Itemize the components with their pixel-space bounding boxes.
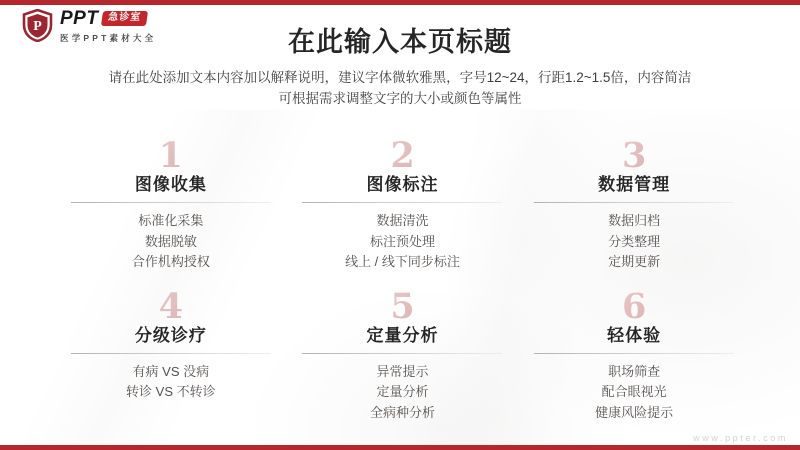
section-divider <box>534 353 734 354</box>
section-item-list: 数据归档 分类整理 定期更新 <box>518 211 750 273</box>
list-item: 合作机构授权 <box>55 252 287 273</box>
section-number: 4 <box>55 289 287 324</box>
list-item: 异常提示 <box>287 362 519 383</box>
bottom-accent-bar <box>0 445 800 450</box>
section-number: 5 <box>287 289 519 324</box>
page-subtitle: 请在此处添加文本内容加以解释说明，建议字体微软雅黑，字号12~24，行距1.2~… <box>0 68 800 110</box>
list-item: 数据脱敏 <box>55 232 287 253</box>
section-number: 6 <box>518 289 750 324</box>
subtitle-line-2: 可根据需求调整文字的大小或颜色等属性 <box>0 89 800 110</box>
section-item-list: 有病 VS 没病 转诊 VS 不转诊 <box>55 362 287 403</box>
section-number: 3 <box>518 138 750 173</box>
list-item: 转诊 VS 不转诊 <box>55 382 287 403</box>
section-light-experience: 6 轻体验 职场筛查 配合眼视光 健康风险提示 <box>518 289 750 424</box>
section-item-list: 标准化采集 数据脱敏 合作机构授权 <box>55 211 287 273</box>
sections-grid: 1 图像收集 标准化采集 数据脱敏 合作机构授权 2 图像标注 数据清洗 标注预… <box>55 138 750 423</box>
watermark: www.ppter.com <box>693 433 788 443</box>
section-quantitative-analysis: 5 定量分析 异常提示 定量分析 全病种分析 <box>287 289 519 424</box>
list-item: 分类整理 <box>518 232 750 253</box>
section-item-list: 数据清洗 标注预处理 线上 / 线下同步标注 <box>287 211 519 273</box>
section-tiered-diagnosis: 4 分级诊疗 有病 VS 没病 转诊 VS 不转诊 <box>55 289 287 424</box>
slide-header: 在此输入本页标题 请在此处添加文本内容加以解释说明，建议字体微软雅黑，字号12~… <box>0 20 800 110</box>
list-item: 定期更新 <box>518 252 750 273</box>
list-item: 标准化采集 <box>55 211 287 232</box>
section-image-annotation: 2 图像标注 数据清洗 标注预处理 线上 / 线下同步标注 <box>287 138 519 273</box>
section-number: 1 <box>55 138 287 173</box>
section-divider <box>534 202 734 203</box>
section-divider <box>71 353 271 354</box>
section-image-collection: 1 图像收集 标准化采集 数据脱敏 合作机构授权 <box>55 138 287 273</box>
list-item: 配合眼视光 <box>518 382 750 403</box>
top-accent-bar <box>0 0 800 5</box>
list-item: 职场筛查 <box>518 362 750 383</box>
list-item: 有病 VS 没病 <box>55 362 287 383</box>
section-divider <box>71 202 271 203</box>
list-item: 全病种分析 <box>287 403 519 424</box>
list-item: 线上 / 线下同步标注 <box>287 252 519 273</box>
list-item: 数据清洗 <box>287 211 519 232</box>
list-item: 定量分析 <box>287 382 519 403</box>
list-item: 标注预处理 <box>287 232 519 253</box>
section-divider <box>302 202 502 203</box>
list-item: 数据归档 <box>518 211 750 232</box>
section-divider <box>302 353 502 354</box>
section-item-list: 异常提示 定量分析 全病种分析 <box>287 362 519 424</box>
section-item-list: 职场筛查 配合眼视光 健康风险提示 <box>518 362 750 424</box>
section-data-management: 3 数据管理 数据归档 分类整理 定期更新 <box>518 138 750 273</box>
section-number: 2 <box>287 138 519 173</box>
list-item: 健康风险提示 <box>518 403 750 424</box>
subtitle-line-1: 请在此处添加文本内容加以解释说明，建议字体微软雅黑，字号12~24，行距1.2~… <box>0 68 800 89</box>
page-title: 在此输入本页标题 <box>0 20 800 59</box>
